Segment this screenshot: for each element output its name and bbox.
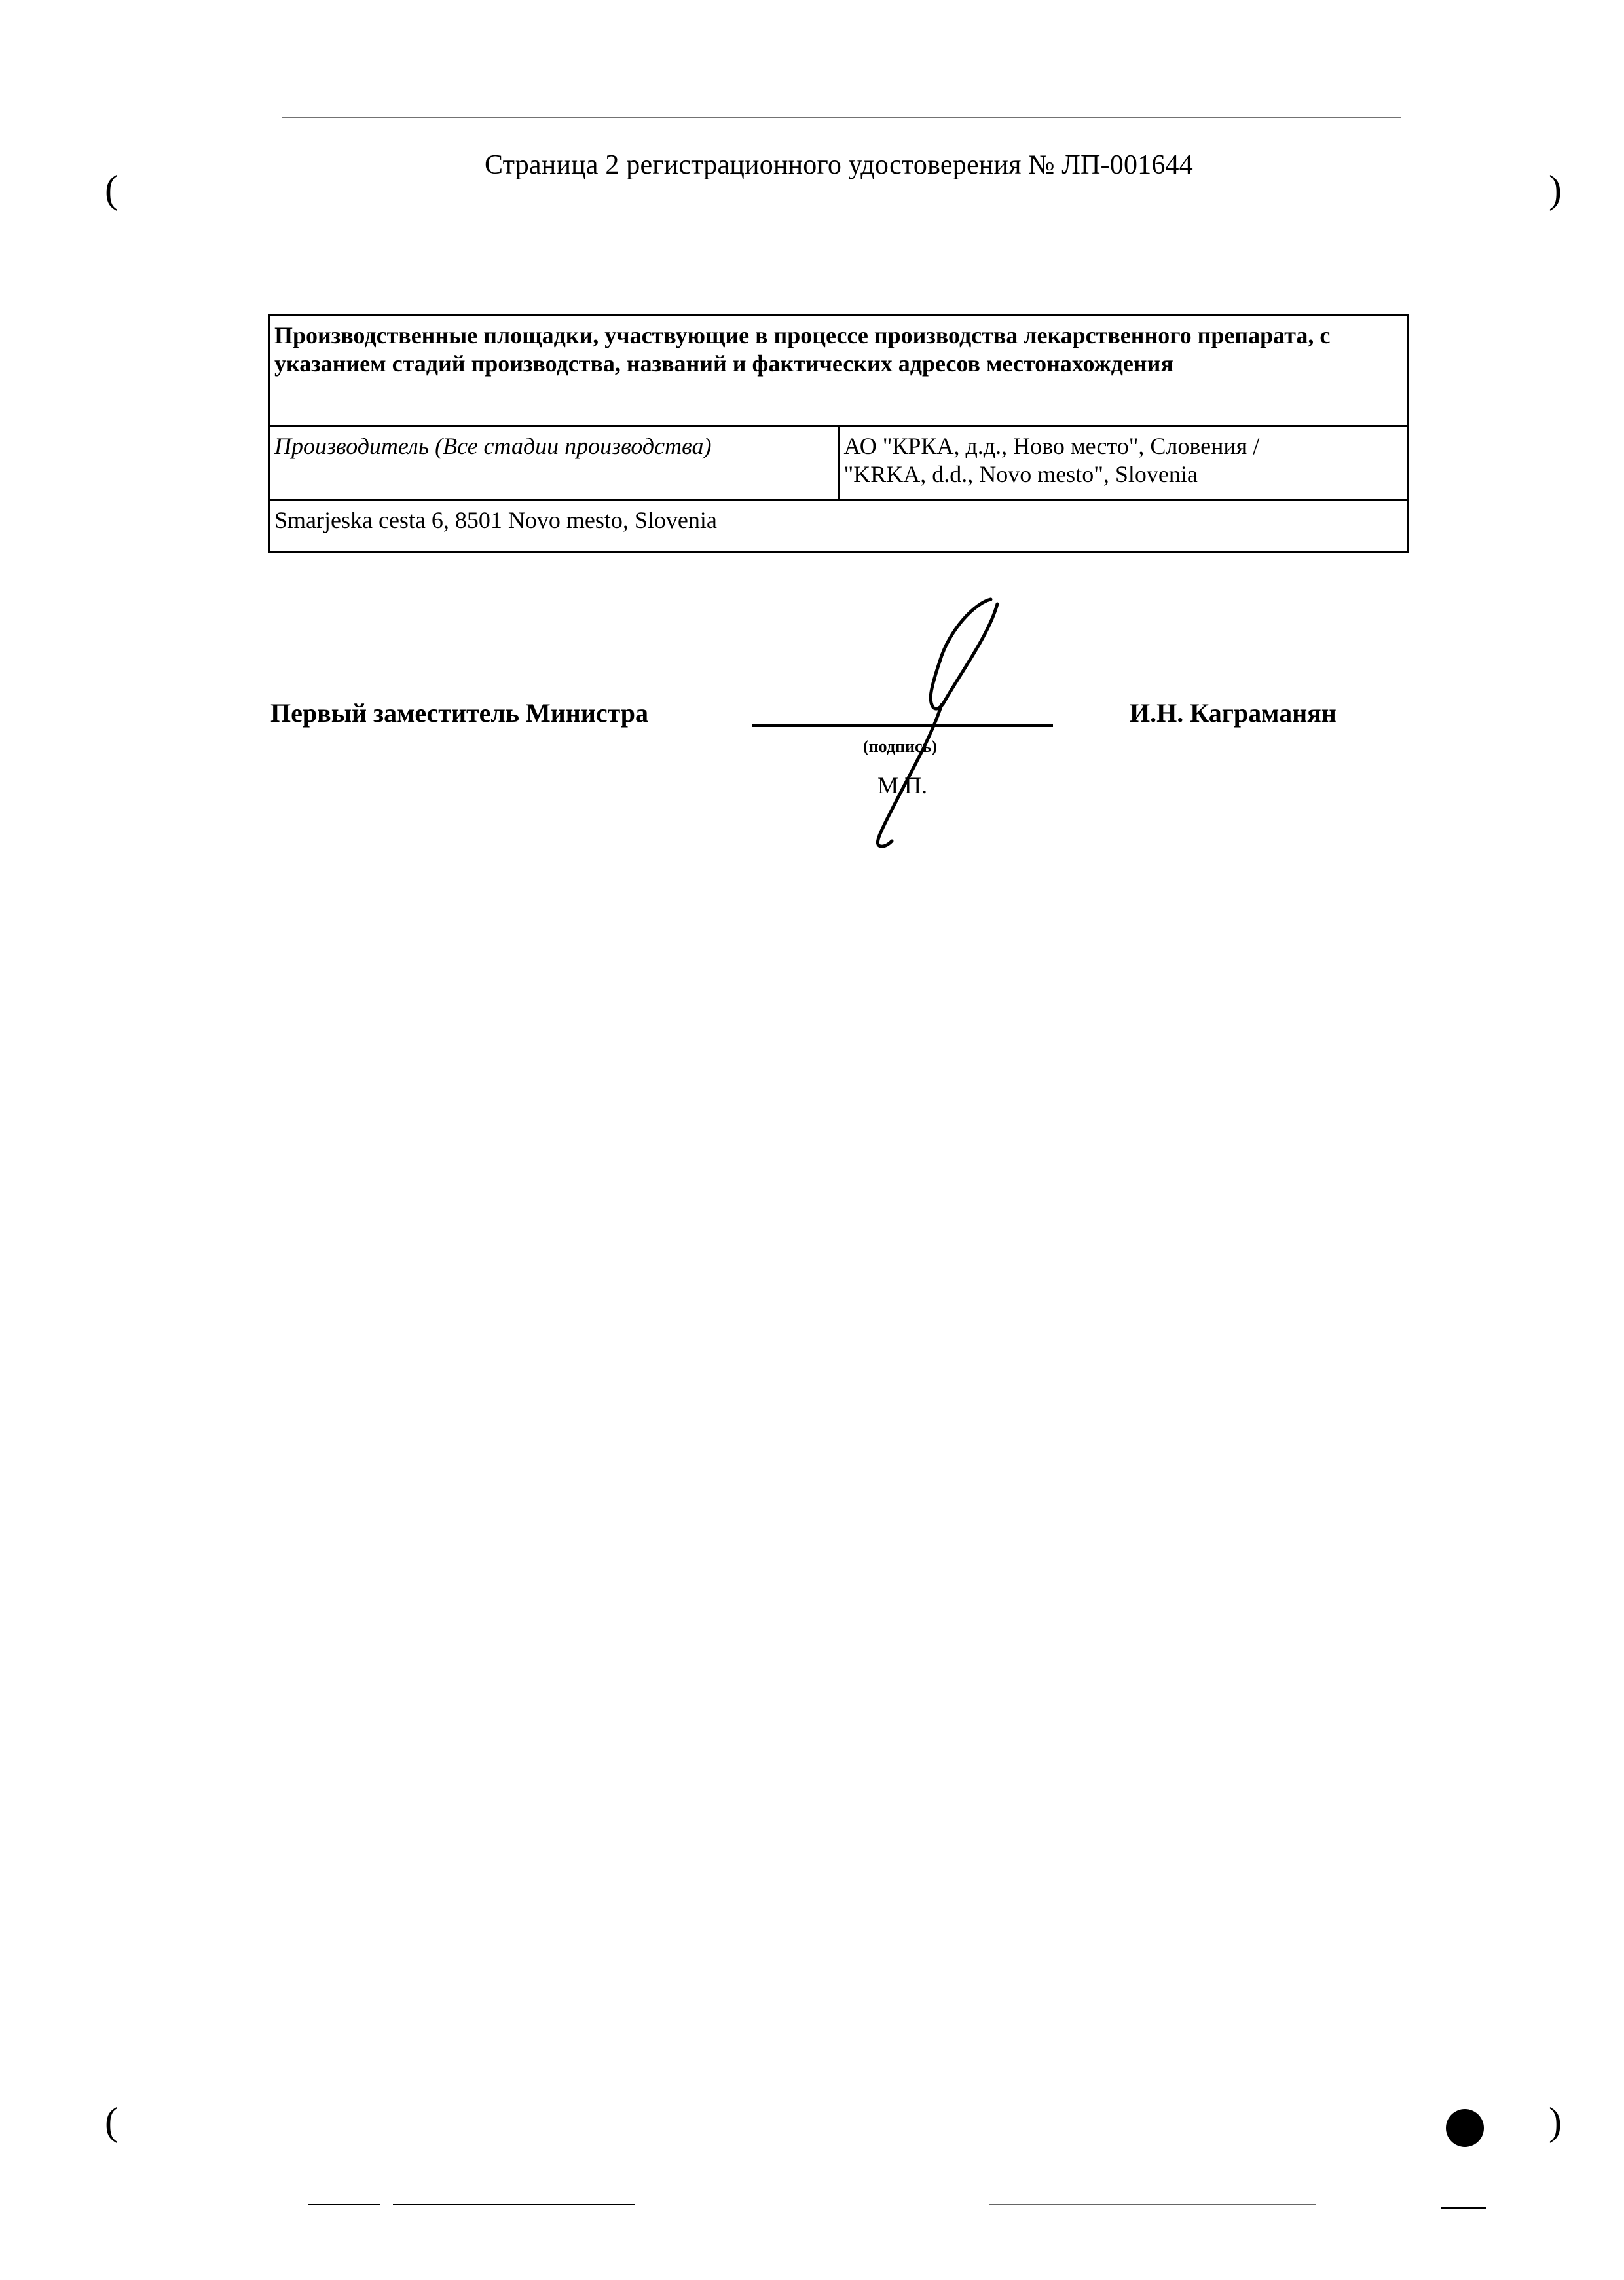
corner-mark-top-right: )	[1549, 167, 1562, 212]
scan-artifact	[393, 2204, 635, 2205]
table-heading-row: Производственные площадки, участвующие в…	[270, 316, 1409, 426]
top-rule	[282, 117, 1401, 118]
production-sites-table: Производственные площадки, участвующие в…	[268, 314, 1409, 553]
manufacturer-name-en: "KRKA, d.d., Novo mesto", Slovenia	[844, 460, 1404, 489]
table-row-address: Smarjeska cesta 6, 8501 Novo mesto, Slov…	[270, 500, 1409, 552]
scan-artifact	[989, 2204, 1316, 2205]
signatory-position: Первый заместитель Министра	[270, 698, 648, 728]
scan-artifact	[308, 2204, 380, 2205]
table-heading: Производственные площадки, участвующие в…	[270, 316, 1409, 426]
manufacturer-name-ru: АО "КРКА, д.д., Ново место", Словения /	[844, 432, 1404, 460]
corner-mark-bottom-right: )	[1549, 2099, 1562, 2144]
manufacturer-label: Производитель (Все стадии производства)	[270, 426, 840, 500]
manufacturer-address: Smarjeska cesta 6, 8501 Novo mesto, Slov…	[270, 500, 1409, 552]
corner-mark-top-left: (	[105, 167, 118, 212]
scan-artifact	[1441, 2207, 1486, 2209]
table-row: Производитель (Все стадии производства) …	[270, 426, 1409, 500]
manufacturer-value: АО "КРКА, д.д., Ново место", Словения / …	[839, 426, 1409, 500]
page-header: Страница 2 регистрационного удостоверени…	[485, 149, 1193, 181]
punch-hole-mark	[1446, 2109, 1484, 2147]
corner-mark-bottom-left: (	[105, 2099, 118, 2144]
signatory-name: И.Н. Каграманян	[1130, 698, 1337, 728]
handwritten-signature-icon	[838, 576, 1100, 871]
